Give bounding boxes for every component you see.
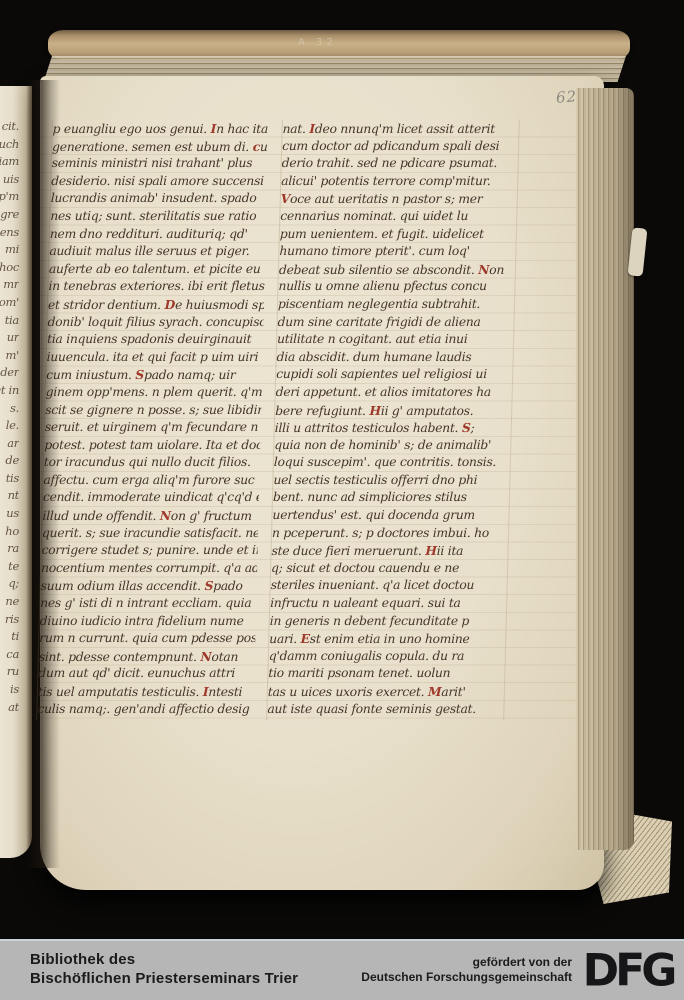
manuscript-line: tio mariti psonam tenet. uolun (268, 665, 504, 683)
manuscript-line: debeat sub silentio se abscondit. Non (279, 261, 515, 279)
manuscript-line: pum uenientem. et fugit. uidelicet (280, 226, 516, 244)
rubricated-initial: N (160, 508, 171, 523)
manuscript-line: cendit. immoderate uindicat q'cq'd e (43, 489, 259, 507)
facing-page-fragment: ru (0, 663, 19, 681)
digitized-manuscript-photo: cit.uchiamuisp'mgreensmihocmrom'tiaurm'd… (0, 0, 684, 1000)
rubricated-initial: V (281, 191, 291, 206)
manuscript-line: seminis ministri nisi trahant' plus (51, 155, 267, 173)
manuscript-line: lucrandis animab' insudent. spado (51, 190, 267, 208)
manuscript-line: iuuencula. ita et qui facit p uim uiri (46, 349, 262, 367)
manuscript-line: ste duce fieri meruerunt. Hii ita (271, 542, 507, 560)
facing-page-fragment: q; (0, 575, 19, 593)
manuscript-line: bere refugiunt. Hii g' amputatos. (275, 402, 511, 420)
facing-page-fragment: uis (0, 171, 19, 189)
manuscript-line: desiderio. nisi spali amore succensi (51, 173, 267, 191)
manuscript-line: querit. s; sue iracundie satisfacit. nec (42, 525, 258, 543)
rubricated-initial: I (203, 684, 209, 699)
rubricated-initial: N (200, 649, 211, 664)
rubricated-initial: S (135, 367, 144, 382)
rubricated-initial: I (210, 121, 216, 136)
facing-page-fragment: ens (0, 224, 19, 242)
manuscript-line: scit se gignere n posse. s; sue libidini (45, 402, 261, 420)
manuscript-line: derio trahit. sed ne pdicare psumat. (281, 155, 517, 173)
manuscript-line: tor iracundus qui nullo ducit filios. (44, 454, 260, 472)
fore-edge-leaf-stack (576, 88, 634, 850)
facing-page-fragment: us (0, 505, 19, 523)
manuscript-line: in tenebras exteriores. ibi erit fletus (48, 278, 264, 296)
manuscript-line: piscentiam neglegentia subtrahit. (278, 296, 514, 314)
facing-page-fragment: mr (0, 276, 19, 294)
manuscript-line: cum doctor ad pdicandum spali desi (282, 138, 518, 156)
manuscript-line: rum n currunt. quia cum pdesse pos (39, 630, 255, 648)
facing-page-fragment: om' (0, 294, 19, 312)
manuscript-line: et stridor dentium. De huiusmodi spa (48, 296, 264, 314)
facing-page-fragment: mi (0, 241, 19, 259)
manuscript-line: p euangliu ego uos genui. In hac itaq; (52, 120, 268, 138)
facing-page-fragment: is (0, 681, 19, 699)
manuscript-line: tas u uices uxoris exercet. Marit' (268, 683, 504, 701)
manuscript-line: Voce aut ueritatis n pastor s; mer (281, 190, 517, 208)
manuscript-line: illud unde offendit. Non g' fructum (42, 507, 258, 525)
manuscript-line: nat. Ideo nnunq'm licet assit atterit (282, 120, 518, 138)
rubricated-initial: H (425, 543, 437, 558)
facing-page-fragment: der (0, 364, 19, 382)
manuscript-line: sint. pdesse contempnunt. Notan (39, 648, 255, 666)
manuscript-line: suum odium illas accendit. Spado (40, 577, 256, 595)
rubricated-initial: S (204, 578, 213, 593)
manuscript-line: dum aut qd' dicit. eunuchus attri (38, 665, 254, 683)
manuscript-line: diuino iudicio intra fidelium nume (39, 613, 255, 631)
funding-credit-line2: Deutschen Forschungsgemeinschaft (361, 970, 572, 985)
manuscript-page: 62 p euangliu ego uos genui. In hac itaq… (40, 76, 604, 890)
manuscript-line: q; sicut et doctou cauendu e ne (271, 560, 507, 578)
rubricated-initial: S (462, 420, 471, 435)
rubricated-initial: I (309, 121, 315, 136)
facing-page-fragment: ho (0, 523, 19, 541)
folio-number: 62 (555, 87, 577, 106)
rubricated-initial: c (253, 139, 261, 154)
manuscript-line: deri appetunt. et alios imitatores ha (275, 384, 511, 402)
manuscript-line: auferte ab eo talentum. et picite eu (49, 261, 265, 279)
manuscript-line: ginem opp'mens. n plem querit. q'm (45, 384, 261, 402)
manuscript-line: corrigere studet s; punire. unde et in (41, 542, 257, 560)
library-credit: Bibliothek des Bischöflichen Priestersem… (30, 950, 298, 988)
manuscript-line: uari. Est enim etia in uno homine (269, 630, 505, 648)
manuscript-line: aut iste quasi fonte seminis gestat. (267, 701, 503, 719)
manuscript-line: culis namq;. gen'andi affectio desig (37, 701, 253, 719)
rubricated-initial: D (164, 297, 175, 312)
facing-page-fragment: ra (0, 540, 19, 558)
manuscript-line: nes g' isti di n intrant eccliam. quia (40, 595, 256, 613)
rubricated-initial: H (369, 403, 381, 418)
manuscript-line: nullis u omne alienu pfectus concu (278, 278, 514, 296)
facing-page-fragment: ris (0, 611, 19, 629)
library-credit-line1: Bibliothek des (30, 950, 298, 969)
manuscript-line: nem dno reddituri. audituriq; qd' (50, 226, 266, 244)
manuscript-line: n pceperunt. s; p doctores imbui. ho (272, 525, 508, 543)
facing-page-fragment: s. (0, 400, 19, 418)
facing-page-fragment: le. (0, 417, 19, 435)
facing-page-fragment: uch (0, 136, 19, 154)
manuscript-line: tia inquiens spadonis deuirginauit (47, 331, 263, 349)
facing-page-fragment: tis (0, 470, 19, 488)
facing-page-fragment: m' (0, 347, 19, 365)
facing-page-fragment: at (0, 699, 19, 717)
manuscript-line: affectu. cum erga aliq'm furore suc (43, 472, 259, 490)
manuscript-line: steriles inueniant. q'a licet doctou (270, 577, 506, 595)
facing-page-fragment: ar (0, 435, 19, 453)
manuscript-line: dia abscidit. dum humane laudis (276, 349, 512, 367)
manuscript-line: infructu n ualeant equari. sui ta (270, 595, 506, 613)
dfg-logo: DFG (576, 945, 680, 996)
manuscript-line: loqui suscepim'. que contritis. tonsis. (274, 454, 510, 472)
rubricated-initial: M (428, 684, 442, 699)
manuscript-line: audiuit malus ille seruus et piger. (49, 243, 265, 261)
head-edge-inscription: A 32 (298, 37, 337, 48)
manuscript-line: uel sectis testiculis offerri dno phi (273, 472, 509, 490)
manuscript-line: humano timore pterit'. cum loq' (279, 243, 515, 261)
manuscript-line: utilitate n cogitant. aut etia inui (277, 331, 513, 349)
facing-page-fragment: nt (0, 487, 19, 505)
facing-page-fragment: cit. (0, 118, 19, 136)
text-block: p euangliu ego uos genui. In hac itaq;ge… (40, 120, 600, 732)
facing-page-text-fragments: cit.uchiamuisp'mgreensmihocmrom'tiaurm'd… (0, 118, 19, 716)
manuscript-line: uertendus' est. qui docenda grum (272, 507, 508, 525)
facing-page-fragment: tia (0, 312, 19, 330)
gutter-shadow (26, 80, 60, 868)
manuscript-line: alicui' potentis terrore comp'mitur. (281, 173, 517, 191)
manuscript-line: cum iniustum. Spado namq; uir (46, 366, 262, 384)
library-credit-line2: Bischöflichen Priesterseminars Trier (30, 969, 298, 988)
text-column-left: p euangliu ego uos genui. In hac itaq;ge… (36, 120, 269, 720)
manuscript-line: illi u attritos testiculos habent. S; (275, 419, 511, 437)
facing-page-fragment: gre (0, 206, 19, 224)
facing-page-fragment: et in (0, 382, 19, 400)
manuscript-line: dum sine caritate frigidi de aliena (277, 314, 513, 332)
funding-credit: gefördert von der Deutschen Forschungsge… (361, 955, 572, 985)
rubricated-initial: E (300, 631, 310, 646)
manuscript-line: nes utiq; sunt. sterilitatis sue ratio (50, 208, 266, 226)
manuscript-line: tis uel amputatis testiculis. Intesti (38, 683, 254, 701)
facing-page-fragment: de (0, 452, 19, 470)
manuscript-line: seruit. et uirginem q'm fecundare n (45, 419, 261, 437)
manuscript-line: cennarius nominat. qui uidet lu (280, 208, 516, 226)
manuscript-line: q'damm coniugalis copula. du ra (269, 648, 505, 666)
credit-banner: Bibliothek des Bischöflichen Priestersem… (0, 939, 684, 1000)
manuscript-line: generatione. semen est ubum di. cui' (52, 138, 268, 156)
manuscript-line: bent. nunc ad simpliciores stilus (273, 489, 509, 507)
manuscript-line: quia non de hominib' s; de animalib' (274, 437, 510, 455)
text-column-right: nat. Ideo nnunq'm licet assit atteritcum… (266, 120, 520, 720)
funding-credit-line1: gefördert von der (361, 955, 572, 970)
facing-page-fragment: p'm (0, 188, 19, 206)
manuscript-line: in generis n debent fecunditate p (269, 613, 505, 631)
manuscript-line: nocentium mentes corrumpit. q'a ad (41, 560, 257, 578)
facing-page-fragment: ur (0, 329, 19, 347)
manuscript-line: donib' loquit filius syrach. concupisce (47, 314, 263, 332)
rubricated-initial: N (478, 262, 489, 277)
facing-page-fragment: ti (0, 628, 19, 646)
facing-page-fragment: ne (0, 593, 19, 611)
facing-page-fragment: te (0, 558, 19, 576)
manuscript-line: potest. potest tam uiolare. Ita et doc (44, 437, 260, 455)
facing-page-fragment: iam (0, 153, 19, 171)
facing-page-fragment: ca (0, 646, 19, 664)
manuscript-line: cupidi soli sapientes uel religiosi ui (276, 366, 512, 384)
facing-page-fragment: hoc (0, 259, 19, 277)
